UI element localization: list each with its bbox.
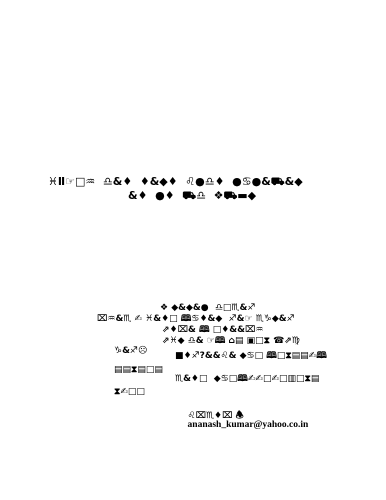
author-line-3: ⇗♦⌧& 🕮 □♦&&⌧♒	[162, 326, 263, 335]
email-address: ananash_kumar@yahoo.co.in	[188, 420, 309, 430]
author-line-1: ❖ ◆&◆&● ♎□♏&♐	[160, 304, 255, 313]
author-line-4: ⇗♓◆ ♎& ☞🕮 ⌂▤ ▣□⧗ ☎⇗♍	[162, 337, 300, 346]
author-line-9: ⧗✍□□	[114, 388, 145, 397]
title-line-1: ♓Ⅱ☞□♒ ♎&♦ ♦&◆♦ ♌●♎♦ ●♋●&⛟&◆	[48, 176, 303, 187]
author-line-7: ▤▤⧗▤□▤	[114, 366, 163, 375]
author-line-5: ♑&♐☹	[114, 347, 147, 356]
contact-line: ♌⌧♏♦⌧ 🕭 ananash_kumar@yahoo.co.in	[175, 403, 308, 440]
author-line-6: ■♦♐?&&♌& ◆♋□ 🕮□⧗▤▤✍🕮	[175, 352, 327, 361]
author-line-2: ⌧♒&♏ ✍ ♓&♦□ 🕮♋♦&◆ ♐&☞ ♏♑◆&♐	[97, 315, 295, 324]
title-line-2: &♦ ●♦ ⛟♎ ❖⛟▬◆	[128, 190, 256, 201]
author-line-8: ♏&♦□ ◆♋□🕮✍✍□✍□▥□⧗▤	[175, 375, 319, 384]
